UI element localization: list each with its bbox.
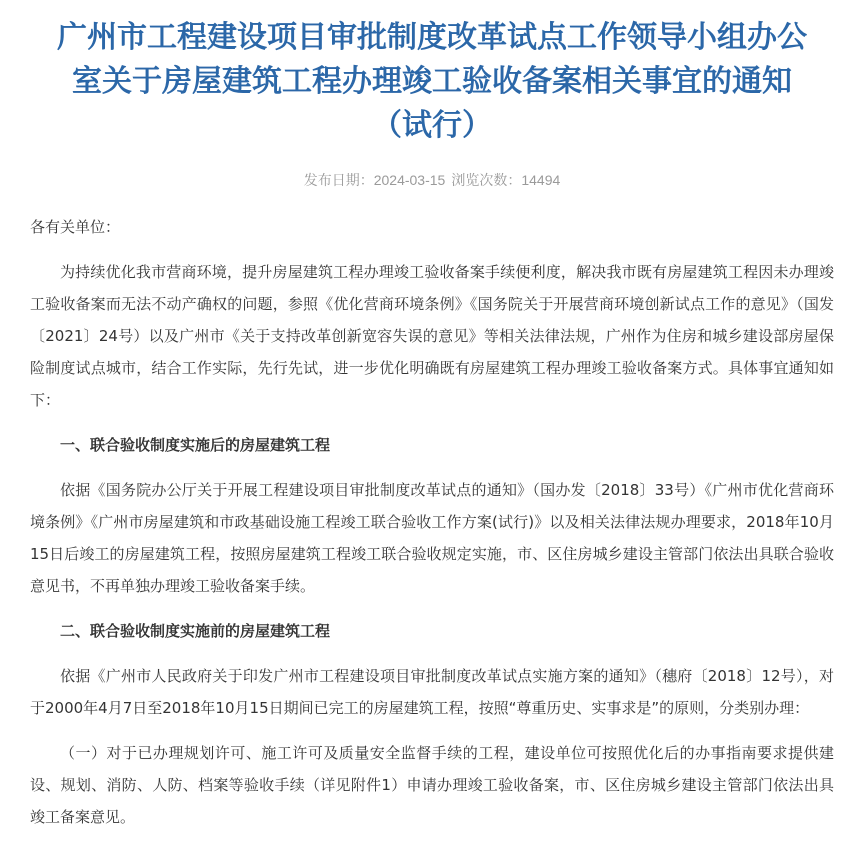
title-line-3: （试行） [30, 104, 834, 148]
title-line-1: 广州市工程建设项目审批制度改革试点工作领导小组办公 [30, 16, 834, 60]
article-title: 广州市工程建设项目审批制度改革试点工作领导小组办公 室关于房屋建筑工程办理竣工验… [30, 0, 834, 148]
paragraph-section-2-item-1: （一）对于已办理规划许可、施工许可及质量安全监督手续的工程，建设单位可按照优化后… [30, 737, 834, 833]
salutation: 各有关单位： [30, 211, 834, 243]
publish-date-label: 发布日期： [304, 172, 374, 188]
publish-date: 2024-03-15 [374, 172, 446, 188]
paragraph-section-1: 依据《国务院办公厅关于开展工程建设项目审批制度改革试点的通知》（国办发〔2018… [30, 474, 834, 602]
article-body: 各有关单位： 为持续优化我市营商环境，提升房屋建筑工程办理竣工验收备案手续便利度… [30, 211, 834, 833]
paragraph-section-2: 依据《广州市人民政府关于印发广州市工程建设项目审批制度改革试点实施方案的通知》（… [30, 660, 834, 724]
views-count: 14494 [521, 172, 560, 188]
section-heading-2: 二、联合验收制度实施前的房屋建筑工程 [30, 615, 834, 647]
section-heading-1: 一、联合验收制度实施后的房屋建筑工程 [30, 429, 834, 461]
title-line-2: 室关于房屋建筑工程办理竣工验收备案相关事宜的通知 [30, 60, 834, 104]
views-label: 浏览次数： [451, 172, 521, 188]
article-meta: 发布日期：2024-03-15浏览次数：14494 [30, 168, 834, 192]
paragraph-intro: 为持续优化我市营商环境，提升房屋建筑工程办理竣工验收备案手续便利度，解决我市既有… [30, 256, 834, 416]
article: 广州市工程建设项目审批制度改革试点工作领导小组办公 室关于房屋建筑工程办理竣工验… [0, 0, 864, 833]
